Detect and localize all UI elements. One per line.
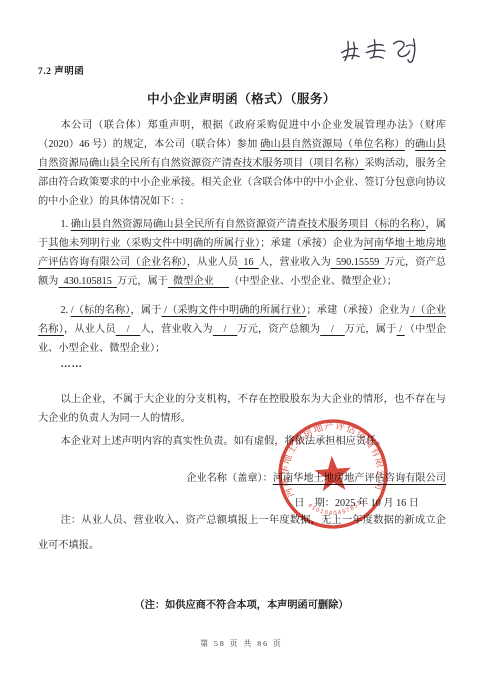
item2-revenue-blank: / <box>213 324 238 335</box>
seal-number-text: 4101040457853 <box>306 499 364 519</box>
employees-value: 16 <box>238 257 259 268</box>
revenue-value: 590.15559 <box>331 257 385 268</box>
item1-industry: 其他未列明行业（采购文件中明确的所属行业） <box>48 238 260 249</box>
company-stamp-label: 企业名称（盖章）： <box>186 473 273 484</box>
item2-text-3: ，从业人员 <box>64 324 116 335</box>
page-title: 中小企业声明函（格式）（服务） <box>0 89 483 107</box>
item2-text-4: 人，营业收入为 <box>140 324 212 335</box>
intro-text-2: 的 <box>405 139 415 150</box>
item-1-paragraph: 1. 确山县自然资源局确山县全民所有自然资源资产清查技术服务项目（标的名称），属… <box>38 215 446 291</box>
item1-number: 1. <box>60 219 70 230</box>
section-heading: 7.2 声明函 <box>38 63 84 77</box>
seal-star-icon <box>313 454 352 491</box>
signature-scribble-icon <box>336 36 424 66</box>
item-2-paragraph: 2. /（标的名称），属于 /（采购文件中明确的所属行业）；承建（承接）企业为 … <box>38 301 446 358</box>
handwritten-signature <box>336 36 424 66</box>
item2-number: 2. <box>60 305 70 316</box>
company-seal-icon: 河南华地土地房地产评估咨询有限公司 4101040457853 <box>272 413 394 535</box>
deletion-note: （注：如供应商不符合本项，本声明函可删除） <box>0 596 483 611</box>
assets-value: 430.105815 <box>58 276 117 287</box>
item1-text-3: ，从业人员 <box>187 257 238 268</box>
item2-industry-blank: /（采购文件中明确的所属行业） <box>161 305 306 316</box>
purchaser-name: 确山县自然资源局（单位名称） <box>260 139 405 150</box>
item1-text-2: ；承建（承接）企业为 <box>260 238 363 249</box>
enterprise-type-value: 微型企业 <box>168 276 229 287</box>
item1-text-4: 人，营业收入为 <box>259 257 331 268</box>
item2-text-5: 万元，资产总额为 <box>237 324 320 335</box>
intro-paragraph: 本公司（联合体）郑重声明，根据《政府采购促进中小企业发展管理办法》（财库 （20… <box>38 116 446 211</box>
item2-text-1: ，属于 <box>131 305 162 316</box>
item2-assets-blank: / <box>320 324 345 335</box>
item1-subject-name: 确山县自然资源局确山县全民所有自然资源资产清查技术服务项目（标的名称） <box>71 219 426 230</box>
item2-text-6: 万元，属于 <box>345 324 397 335</box>
ellipsis-line: …… <box>38 359 446 370</box>
item1-text-7: （中型企业、小型企业、微型企业）； <box>229 276 397 287</box>
item1-text-6: 万元，属于 <box>117 276 168 287</box>
item2-employees-blank: / <box>116 324 141 335</box>
company-seal: 河南华地土地房地产评估咨询有限公司 4101040457853 <box>272 413 394 535</box>
item2-text-2: ；承建（承接）企业为 <box>306 305 409 316</box>
item2-type-blank: / <box>397 324 405 335</box>
page-number-footer: 第 58 页 共 86 页 <box>0 638 483 649</box>
item2-subject-blank: /（标的名称） <box>71 305 131 316</box>
declaration-document-page: 7.2 声明函 中小企业声明函（格式）（服务） 本公司（联合体）郑重声明，根据《… <box>0 0 483 679</box>
